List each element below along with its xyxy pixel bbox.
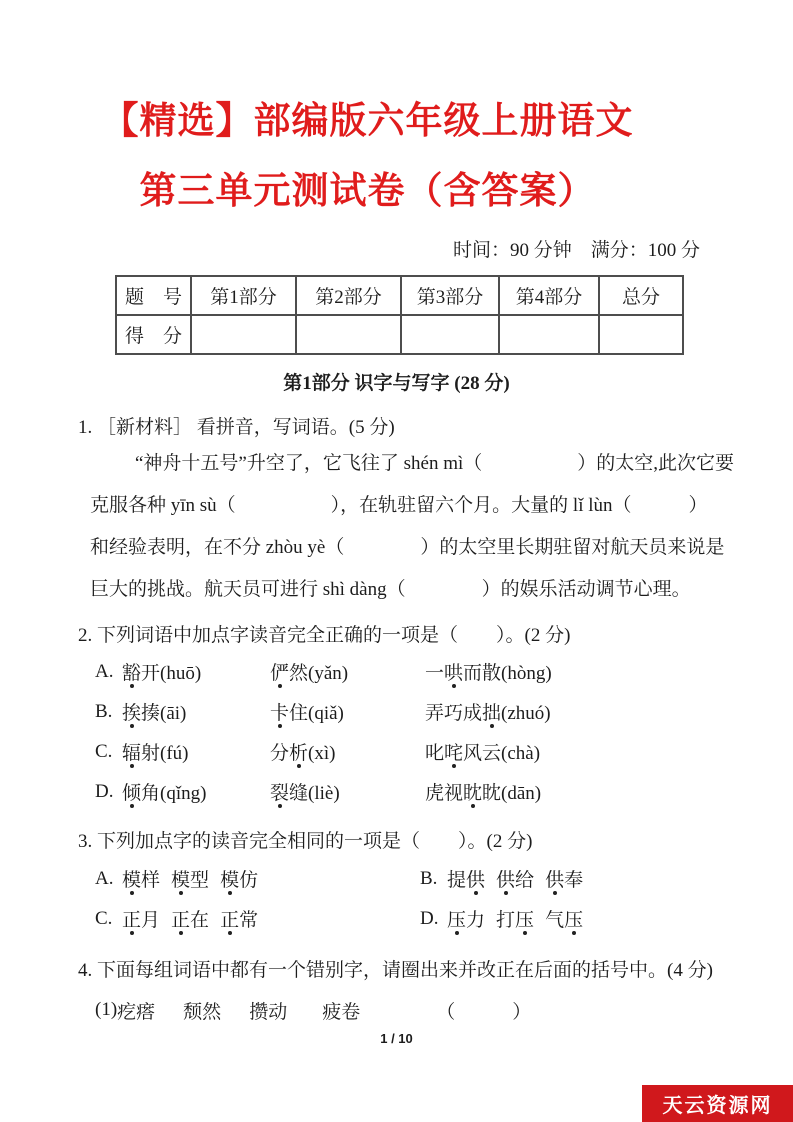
word-pre: 分 (270, 743, 289, 764)
word-post: 月 (141, 910, 160, 931)
dotted-word: 提供 (447, 865, 485, 892)
word-post: 常 (239, 910, 258, 931)
pinyin-word: 分析(xì) (270, 738, 425, 765)
pinyin-word: 俨然(yǎn) (270, 658, 425, 685)
word-pre: 打 (496, 910, 515, 931)
pinyin-passage: “神舟十五号”升空了，它飞往了 shén mì（ ）的太空,此次它要 克服各种 … (90, 443, 715, 611)
dotted-char: 咤 (444, 738, 463, 765)
score-table-score-row: 得 分 (116, 315, 683, 354)
title-block: 【精选】部编版六年级上册语文 第三单元测试卷（含答案） (49, 0, 686, 215)
word-post: 给 (515, 870, 534, 891)
score-table: 题 号 第1部分 第2部分 第3部分 第4部分 总分 得 分 (115, 275, 684, 355)
table-header-cell: 第1部分 (191, 276, 296, 315)
score-cell-empty (191, 315, 296, 354)
option-row-d: D. 倾角(qǐng) 裂缝(liè) 虎视眈眈(dān) (95, 772, 715, 812)
word-post: 缝(liè) (289, 783, 340, 804)
word-post: 眈(dān) (482, 783, 541, 804)
dotted-char: 俨 (270, 658, 289, 685)
word-post: 然(yǎn) (289, 663, 348, 684)
word-post: 奉 (564, 870, 583, 891)
passage-line: 和经验表明，在不分 zhòu yè（ ）的太空里长期驻留对航天员来说是 (90, 527, 715, 569)
table-header-cell: 第3部分 (401, 276, 499, 315)
passage-line: “神舟十五号”升空了，它飞往了 shén mì（ ）的太空,此次它要 (90, 443, 715, 485)
option-row-a: A. 豁开(huō) 俨然(yǎn) 一哄而散(hòng) (95, 652, 715, 692)
dotted-word: 正常 (220, 905, 258, 932)
page-title-line2: 第三单元测试卷（含答案） (49, 170, 686, 214)
dotted-char: 供 (545, 865, 564, 892)
question-2-options: A. 豁开(huō) 俨然(yǎn) 一哄而散(hòng) B. 挨揍(āi) … (95, 652, 715, 812)
word-post: 在 (190, 910, 209, 931)
word-post: 型 (190, 870, 209, 891)
score-cell-empty (296, 315, 401, 354)
dotted-word: 正在 (171, 905, 209, 932)
passage-line: 克服各种 yīn sù（ ），在轨驻留六个月。大量的 lǐ lùn（ ） (90, 485, 715, 527)
score-cell-empty (401, 315, 499, 354)
answer-blank: （ ） (436, 997, 531, 1024)
dotted-word: 模型 (171, 865, 209, 892)
pinyin-word: 弄巧成拙(zhuó) (425, 698, 715, 725)
question-4-stem: 4. 下面每组词语中都有一个错别字，请圈出来并改正在后面的括号中。(4 分) (78, 955, 715, 982)
dotted-word: 模仿 (220, 865, 258, 892)
dotted-char: 正 (171, 905, 190, 932)
pinyin-word: 豁开(huō) (122, 658, 270, 685)
option-label: B. (420, 868, 447, 890)
pinyin-word: 辐射(fú) (122, 738, 270, 765)
option-cell-d: D. 压力 打压 气压 (420, 899, 715, 939)
word-post: 仿 (239, 870, 258, 891)
option-cell-a: A. 模样 模型 模仿 (95, 859, 420, 899)
dotted-char: 哄 (444, 658, 463, 685)
dotted-word: 供奉 (545, 865, 583, 892)
question-2-stem: 2. 下列词语中加点字读音完全正确的一项是（ ）。(2 分) (78, 620, 715, 647)
word-post: 住(qiǎ) (289, 703, 344, 724)
sub-question-number: (1) (95, 999, 117, 1021)
option-row-b: B. 挨揍(āi) 卡住(qiǎ) 弄巧成拙(zhuó) (95, 692, 715, 732)
test-paper-page: 【精选】部编版六年级上册语文 第三单元测试卷（含答案） 时间：90 分钟 满分：… (0, 0, 793, 1122)
option-label: D. (95, 781, 122, 803)
option-row-c: C. 辐射(fú) 分析(xì) 叱咤风云(chà) (95, 732, 715, 772)
word-pre: 提 (447, 870, 466, 891)
word-post: 风云(chà) (463, 743, 540, 764)
option-label: B. (95, 701, 122, 723)
typo-word: 颓然 (183, 997, 221, 1024)
dotted-char: 倾 (122, 778, 141, 805)
dotted-word: 供给 (496, 865, 534, 892)
pinyin-word: 倾角(qǐng) (122, 778, 270, 805)
word-post: 射(fú) (141, 743, 188, 764)
pinyin-word: 虎视眈眈(dān) (425, 778, 715, 805)
word-post: 开(huō) (141, 663, 201, 684)
dotted-word: 正月 (122, 905, 160, 932)
option-label: D. (420, 908, 447, 930)
dotted-char: 压 (515, 905, 534, 932)
pinyin-word: 卡住(qiǎ) (270, 698, 425, 725)
dotted-char: 压 (447, 905, 466, 932)
dotted-char: 挨 (122, 698, 141, 725)
dotted-char: 模 (122, 865, 141, 892)
dotted-char: 压 (564, 905, 583, 932)
word-pre: 气 (545, 910, 564, 931)
pinyin-word: 裂缝(liè) (270, 778, 425, 805)
dotted-word: 模样 (122, 865, 160, 892)
pinyin-word: 一哄而散(hòng) (425, 658, 715, 685)
word-post: (xì) (308, 743, 335, 764)
option-label: C. (95, 908, 122, 930)
dotted-char: 辐 (122, 738, 141, 765)
dotted-char: 析 (289, 738, 308, 765)
dotted-char: 供 (466, 865, 485, 892)
typo-word: 攒动 (249, 997, 287, 1024)
word-post: 揍(āi) (141, 703, 186, 724)
dotted-char: 裂 (270, 778, 289, 805)
word-post: 力 (466, 910, 485, 931)
page-title-line1: 【精选】部编版六年级上册语文 (49, 0, 686, 144)
question-4-sub1: (1)疙瘩颓然攒动疲卷（ ） (95, 997, 715, 1024)
dotted-word: 压力 (447, 905, 485, 932)
typo-word: 疙瘩 (117, 997, 155, 1024)
word-pre: 虎视 (425, 783, 463, 804)
exam-meta: 时间：90 分钟 满分：100 分 (78, 235, 715, 262)
option-label: A. (95, 868, 122, 890)
page-content: 【精选】部编版六年级上册语文 第三单元测试卷（含答案） 时间：90 分钟 满分：… (0, 0, 793, 1024)
dotted-word: 打压 (496, 905, 534, 932)
passage-line: 巨大的挑战。航天员可进行 shì dàng（ ）的娱乐活动调节心理。 (90, 569, 715, 611)
word-pre: 叱 (425, 743, 444, 764)
dotted-char: 眈 (463, 778, 482, 805)
dotted-char: 正 (122, 905, 141, 932)
dotted-char: 模 (220, 865, 239, 892)
score-table-header-row: 题 号 第1部分 第2部分 第3部分 第4部分 总分 (116, 276, 683, 315)
word-pre: 一 (425, 663, 444, 684)
pinyin-word: 挨揍(āi) (122, 698, 270, 725)
dotted-char: 正 (220, 905, 239, 932)
word-pre: 弄巧成 (425, 703, 482, 724)
word-post: (zhuó) (501, 703, 551, 724)
word-post: 而散(hòng) (463, 663, 552, 684)
dotted-word: 气压 (545, 905, 583, 932)
question-3-options: A. 模样 模型 模仿 B. 提供 供给 供奉 C. 正月 正在 正常 D. 压… (95, 859, 715, 939)
option-cell-b: B. 提供 供给 供奉 (420, 859, 715, 899)
question-1-stem: 1. ［新材料］ 看拼音，写词语。(5 分) (78, 412, 715, 439)
section-1-heading: 第1部分 识字与写字 (28 分) (78, 368, 715, 395)
table-header-cell: 题 号 (116, 276, 191, 315)
dotted-char: 卡 (270, 698, 289, 725)
table-header-cell: 第4部分 (499, 276, 599, 315)
option-cell-c: C. 正月 正在 正常 (95, 899, 420, 939)
dotted-char: 模 (171, 865, 190, 892)
table-header-cell: 第2部分 (296, 276, 401, 315)
page-number: 1 / 10 (0, 1031, 793, 1046)
word-post: 样 (141, 870, 160, 891)
dotted-char: 拙 (482, 698, 501, 725)
dotted-char: 豁 (122, 658, 141, 685)
question-3-stem: 3. 下列加点字的读音完全相同的一项是（ ）。(2 分) (78, 826, 715, 853)
option-label: C. (95, 741, 122, 763)
pinyin-word: 叱咤风云(chà) (425, 738, 715, 765)
typo-word: 疲卷 (322, 997, 360, 1024)
score-cell-empty (499, 315, 599, 354)
dotted-char: 供 (496, 865, 515, 892)
score-cell-empty (599, 315, 683, 354)
option-label: A. (95, 661, 122, 683)
word-post: 角(qǐng) (141, 783, 206, 804)
site-watermark-badge: 天云资源网 (642, 1085, 793, 1122)
score-row-label: 得 分 (116, 315, 191, 354)
table-header-cell: 总分 (599, 276, 683, 315)
